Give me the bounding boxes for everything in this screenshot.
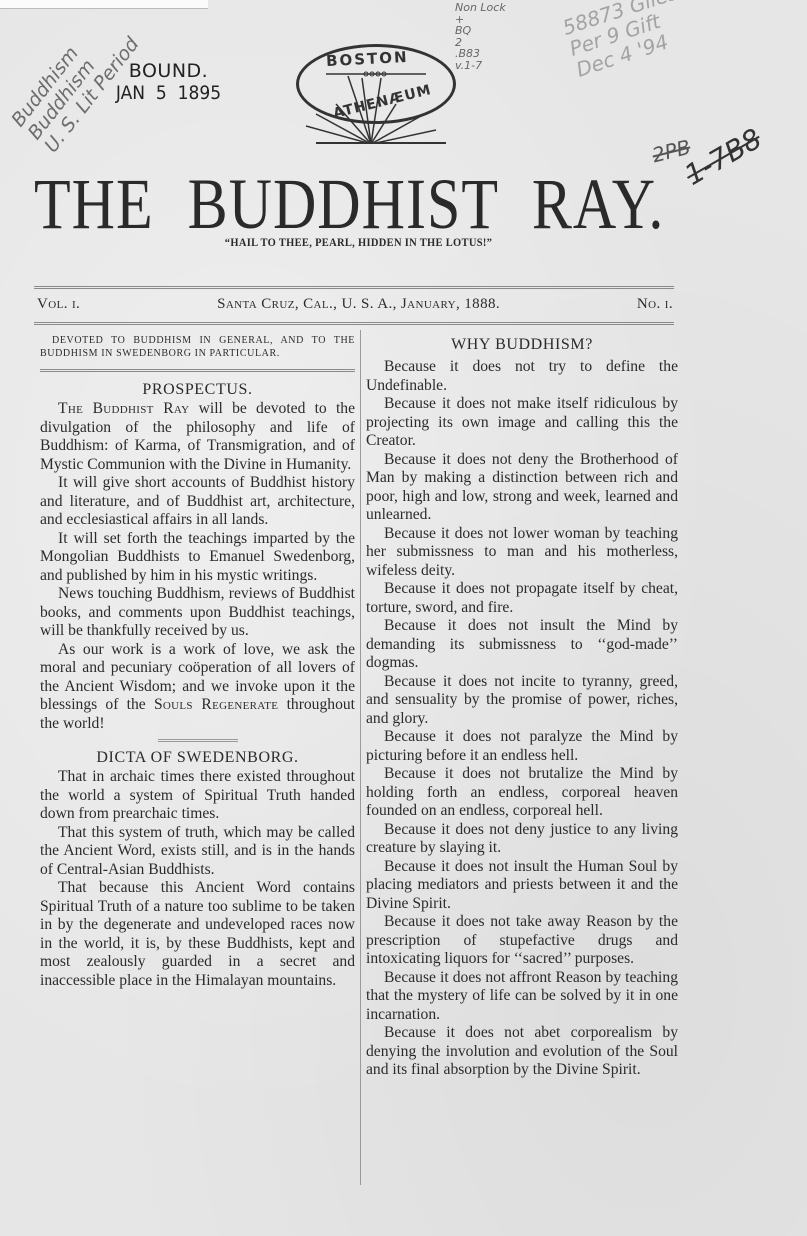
masthead-motto: “HAIL TO THEE, PEARL, HIDDEN IN THE LOTU… [0,237,807,249]
prospectus-heading: PROSPECTUS. [40,380,355,400]
prospectus-paragraph: As our work is a work of love, we ask th… [40,641,355,734]
bound-stamp-line1: BOUND. [110,62,227,81]
dateline: Vol. i. Santa Cruz, Cal., U. S. A., Janu… [37,296,673,313]
why-paragraph: Because it does not insult the Mind by d… [366,617,678,673]
why-paragraph: Because it does not try to define the Un… [366,358,678,395]
why-buddhism-heading: WHY BUDDHISM? [366,335,678,355]
why-paragraph: Because it does not make itself ridiculo… [366,395,678,451]
why-paragraph: Because it does not lower woman by teach… [366,525,678,581]
why-paragraph: Because it does not brutalize the Mind b… [366,765,678,821]
masthead-title: THE BUDDHIST RAY. [34,168,664,240]
dicta-paragraph: That in archaic times there existed thro… [40,768,355,824]
bound-date-stamp: BOUND. JAN 5 1895 [110,62,227,103]
why-paragraph: Because it does not affront Reason by te… [366,969,678,1025]
boston-athenaeum-stamp: BOSTON ATHENÆUM [296,44,456,144]
journal-name: The Buddhist Ray [58,400,189,417]
why-paragraph: Because it does not incite to tyranny, g… [366,673,678,729]
dicta-paragraph: That because this Ancient Word contains … [40,879,355,990]
column-divider [360,330,361,1185]
handwritten-call-number: Non Lock + BQ 2 .B83 v.1-7 [455,2,506,71]
why-paragraph: Because it does not abet corporealism by… [366,1024,678,1080]
issue-number: No. i. [637,296,673,313]
why-paragraph: Because it does not propagate itself by … [366,580,678,617]
why-paragraph: Because it does not deny the Brotherhood… [366,451,678,525]
why-paragraph: Because it does not paralyze the Mind by… [366,728,678,765]
right-column: WHY BUDDHISM? Because it does not try to… [366,335,678,1080]
devoted-statement: DEVOTED TO BUDDHISM IN GENERAL, AND TO T… [40,334,355,360]
dateline-rule-top [34,286,674,289]
why-paragraph: Because it does not insult the Human Sou… [366,858,678,914]
struck-shelfmark-2: 1-7B8 [680,124,767,192]
dicta-paragraph: That this system of truth, which may be … [40,824,355,880]
dicta-heading: DICTA OF SWEDENBORG. [40,748,355,768]
bound-stamp-line2: JAN 5 1895 [116,84,221,103]
section-rule [40,369,355,372]
place-date: Santa Cruz, Cal., U. S. A., January, 188… [217,296,500,313]
prospectus-paragraph: The Buddhist Ray will be devoted to the … [40,400,355,474]
prospectus-paragraph: It will give short accounts of Buddhist … [40,474,355,530]
prospectus-paragraph: It will set forth the teachings imparted… [40,530,355,586]
dateline-rule-bottom [34,322,674,325]
prospectus-paragraph: News touching Buddhism, reviews of Buddh… [40,585,355,641]
left-column: DEVOTED TO BUDDHISM IN GENERAL, AND TO T… [40,334,355,990]
volume-label: Vol. i. [37,296,80,313]
paper-edge-strip [0,0,208,9]
section-rule-short [158,739,238,742]
newspaper-page: Buddhism Buddhism U. S. Lit Period Non L… [0,0,807,1236]
why-paragraph: Because it does not take away Reason by … [366,913,678,969]
why-paragraph: Because it does not deny justice to any … [366,821,678,858]
handwritten-accession-note: 58873 Giles Per 9 Gift Dec 4 '94 [560,0,694,81]
